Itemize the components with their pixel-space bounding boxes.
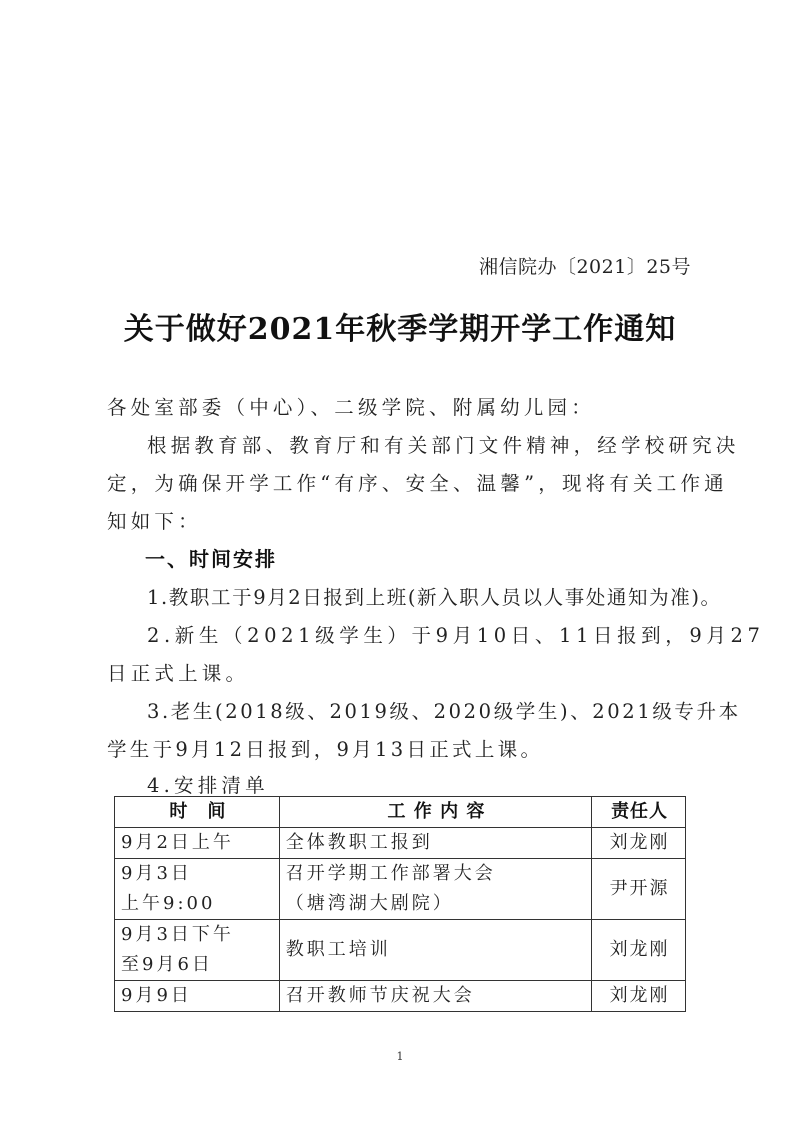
row-work-line-1: 召开学期工作部署大会 [286,859,587,889]
row-owner: 尹开源 [592,859,686,920]
table-header-row: 时 间 工 作 内 容 责任人 [115,797,686,828]
row-owner: 刘龙刚 [592,920,686,981]
row-work-line-2: （塘湾湖大剧院） [286,889,587,919]
document-title: 关于做好2021年秋季学期开学工作通知 [0,304,800,348]
page-number: 1 [0,1050,800,1063]
row-time: 9月2日上午 [115,828,280,859]
row-work: 全体教职工报到 [279,828,591,859]
item-2-line-1: 2.新生（2021级学生）于9月10日、11日报到，9月27 [147,620,764,648]
header-work: 工 作 内 容 [279,797,591,828]
schedule-table: 时 间 工 作 内 容 责任人 9月2日上午 全体教职工报到 刘龙刚 9月3日 … [114,796,686,1012]
item-1: 1.教职工于9月2日报到上班(新入职人员以人事处通知为准)。 [147,582,722,610]
item-3-line-1: 3.老生(2018级、2019级、2020级学生)、2021级专升本 [147,696,741,724]
document-number: 湘信院办〔2021〕25号 [479,252,691,279]
row-time: 9月9日 [115,981,280,1012]
intro-line-1: 根据教育部、教育厅和有关部门文件精神，经学校研究决 [147,430,740,458]
intro-line-2: 定，为确保开学工作“有序、安全、温馨”，现将有关工作通 [107,468,728,496]
table-row: 9月2日上午 全体教职工报到 刘龙刚 [115,828,686,859]
row-time: 9月3日 上午9:00 [115,859,280,920]
row-time-line-1: 9月3日下午 [121,920,275,950]
header-time: 时 间 [115,797,280,828]
table-row: 9月3日 上午9:00 召开学期工作部署大会 （塘湾湖大剧院） 尹开源 [115,859,686,920]
row-owner: 刘龙刚 [592,981,686,1012]
row-work: 召开教师节庆祝大会 [279,981,591,1012]
salutation: 各处室部委（中心）、二级学院、附属幼儿园： [107,392,595,420]
section-heading-schedule: 一、时间安排 [145,543,277,572]
item-2-line-2: 日正式上课。 [107,658,249,686]
row-work: 召开学期工作部署大会 （塘湾湖大剧院） [279,859,591,920]
table-row: 9月9日 召开教师节庆祝大会 刘龙刚 [115,981,686,1012]
item-3-line-2: 学生于9月12日报到，9月13日正式上课。 [107,734,543,762]
row-time-line-2: 上午9:00 [121,889,275,919]
row-time: 9月3日下午 至9月6日 [115,920,280,981]
item-4: 4.安排清单 [147,770,269,798]
row-time-line-2: 至9月6日 [121,950,275,980]
row-time-line-1: 9月3日 [121,859,275,889]
header-owner: 责任人 [592,797,686,828]
row-owner: 刘龙刚 [592,828,686,859]
intro-line-3: 知如下： [107,506,202,534]
table-row: 9月3日下午 至9月6日 教职工培训 刘龙刚 [115,920,686,981]
document-page: 湘信院办〔2021〕25号 关于做好2021年秋季学期开学工作通知 各处室部委（… [0,0,800,1131]
row-work: 教职工培训 [279,920,591,981]
